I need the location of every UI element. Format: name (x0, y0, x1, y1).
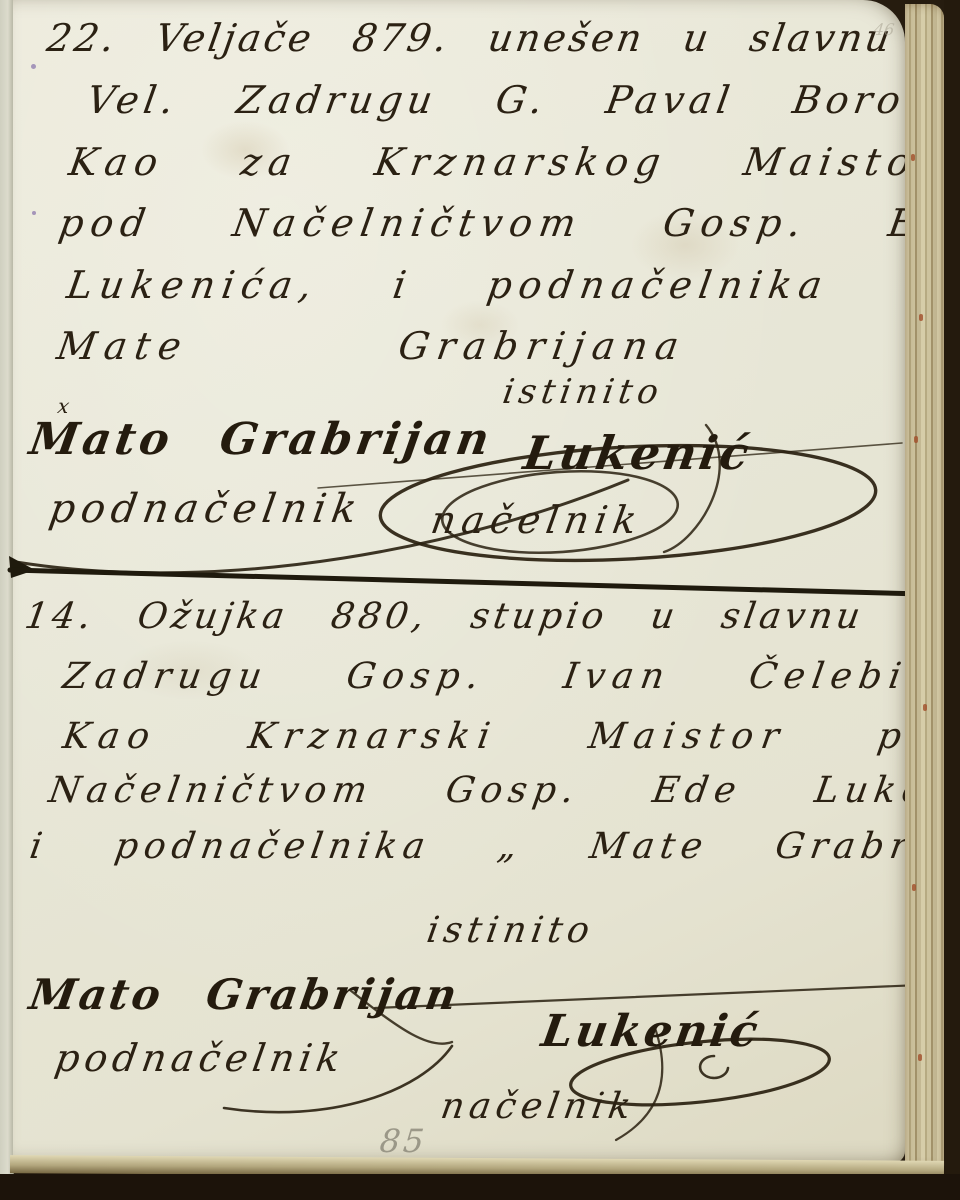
table-shadow (0, 1174, 960, 1200)
foxing-speck (918, 1054, 922, 1061)
signature-lukenic: Lukenić (520, 426, 755, 480)
signature-title-podnacelnik: podnačelnik (46, 486, 366, 532)
signature-mato-grabrijan: Mato Grabrijan (26, 414, 497, 465)
previous-page-edge (0, 0, 14, 1200)
signature-title-nacelnik: načelnik (428, 498, 646, 542)
foxing-speck (911, 154, 915, 161)
attestation-istinito: istinito (424, 910, 597, 951)
handwritten-line: 14. Ožujka 880, stupio u slavnu Vel. (22, 596, 960, 637)
signature-lukenic: Lukenić (538, 1006, 764, 1057)
book-scan: { "page": { "page_number": "85", "corner… (0, 0, 960, 1200)
handwritten-line: Mate Grabrijana (54, 324, 690, 368)
attestation-istinito: istinito (500, 372, 666, 412)
handwritten-line: 22. Veljače 879. unešen u slavnu (44, 16, 896, 60)
handwritten-line: Lukenića, i podnačelnika (64, 263, 832, 307)
handwritten-line: Vel. Zadrugu G. Paval Borota (84, 78, 956, 122)
signature-title-podnacelnik: podnačelnik (52, 1036, 348, 1080)
stacked-page-edges (905, 4, 944, 1168)
foxing-speck (919, 314, 923, 321)
signature-title-nacelnik: načelnik (438, 1086, 639, 1127)
foxing-speck (912, 884, 916, 891)
corner-note-pencil: 46 (873, 20, 895, 39)
handwritten-line: Kao Krznarski Maistor pod (60, 716, 960, 757)
handwritten-line: Zadrugu Gosp. Ivan Čelebić (60, 656, 938, 697)
ink-dot (32, 211, 36, 215)
ink-dot (31, 64, 36, 69)
signature-mato-grabrijan: Mato Grabrijan (26, 970, 463, 1019)
foxing-speck (914, 436, 918, 443)
foxing-speck (923, 704, 927, 711)
handwritten-line: Kao za Krznarskog Maistora (66, 140, 960, 184)
page-number-pencil: 85 (378, 1122, 429, 1160)
handwritten-line: i podnačelnika „ Mate Grabrijana (27, 826, 960, 867)
book-fore-edge-shadow (944, 0, 960, 1200)
handwritten-line: Načelničtvom Gosp. Ede Lukenića (46, 770, 960, 811)
handwritten-line: pod Načelničtvom Gosp. Ede (56, 201, 960, 245)
